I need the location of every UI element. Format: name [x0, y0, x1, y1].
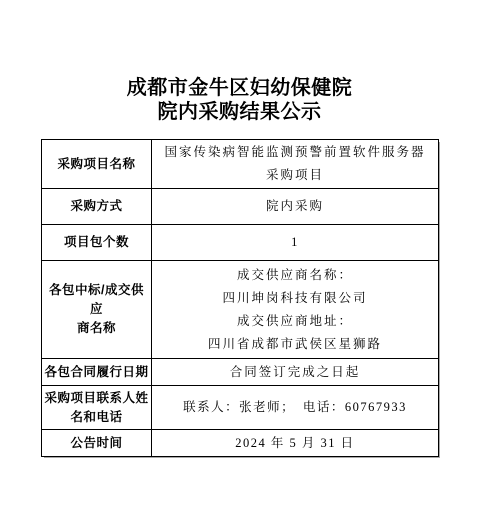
row-label: 项目包个数	[42, 225, 152, 261]
label-line: 各包中标/成交供应	[44, 281, 149, 319]
table-row-announcement-date: 公告时间 2024 年 5 月 31 日	[42, 430, 439, 457]
title-line-1: 成都市金牛区妇幼保健院	[41, 76, 438, 100]
label-line: 商名称	[44, 319, 149, 338]
value-line: 四川省成都市武侯区星狮路	[154, 333, 436, 356]
row-value: 成交供应商名称： 四川坤岗科技有限公司 成交供应商地址： 四川省成都市武侯区星狮…	[152, 261, 439, 359]
row-label: 采购项目联系人姓 名和电话	[42, 386, 152, 430]
value-line: 四川坤岗科技有限公司	[154, 287, 436, 310]
title-line-2: 院内采购结果公示	[41, 100, 438, 124]
table-row-procurement-method: 采购方式 院内采购	[42, 189, 439, 225]
row-value: 合同签订完成之日起	[152, 359, 439, 386]
row-label: 采购方式	[42, 189, 152, 225]
row-label: 各包中标/成交供应 商名称	[42, 261, 152, 359]
procurement-result-table: 采购项目名称 国家传染病智能监测预警前置软件服务器 采购项目 采购方式 院内采购…	[41, 139, 439, 457]
value-line: 成交供应商名称：	[154, 264, 436, 287]
row-value: 2024 年 5 月 31 日	[152, 430, 439, 457]
row-label: 采购项目名称	[42, 140, 152, 189]
label-line: 名和电话	[44, 408, 149, 427]
row-value: 国家传染病智能监测预警前置软件服务器 采购项目	[152, 140, 439, 189]
row-value: 1	[152, 225, 439, 261]
table-row-contact: 采购项目联系人姓 名和电话 联系人：张老师； 电话：60767933	[42, 386, 439, 430]
table-row-package-count: 项目包个数 1	[42, 225, 439, 261]
label-line: 采购项目联系人姓	[44, 389, 149, 408]
table-row-contract-period: 各包合同履行日期 合同签订完成之日起	[42, 359, 439, 386]
row-label: 各包合同履行日期	[42, 359, 152, 386]
row-value: 联系人：张老师； 电话：60767933	[152, 386, 439, 430]
table-row-winning-supplier: 各包中标/成交供应 商名称 成交供应商名称： 四川坤岗科技有限公司 成交供应商地…	[42, 261, 439, 359]
announcement-document: 成都市金牛区妇幼保健院 院内采购结果公示 采购项目名称 国家传染病智能监测预警前…	[0, 0, 491, 522]
value-line: 采购项目	[154, 164, 436, 187]
table-row-project-name: 采购项目名称 国家传染病智能监测预警前置软件服务器 采购项目	[42, 140, 439, 189]
row-label: 公告时间	[42, 430, 152, 457]
value-line: 国家传染病智能监测预警前置软件服务器	[154, 141, 436, 164]
value-line: 成交供应商地址：	[154, 310, 436, 333]
row-value: 院内采购	[152, 189, 439, 225]
page-title: 成都市金牛区妇幼保健院 院内采购结果公示	[41, 76, 438, 124]
